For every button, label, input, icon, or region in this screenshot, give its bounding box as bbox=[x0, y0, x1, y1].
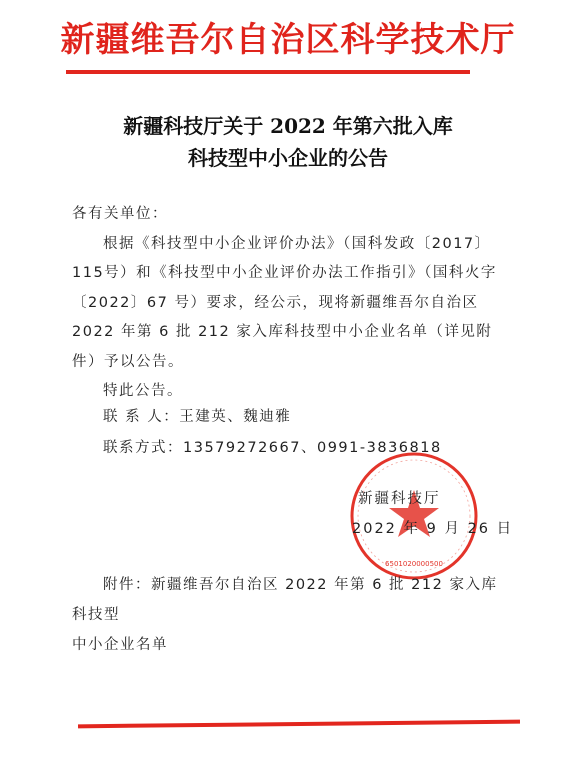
document-title: 新疆科技厅关于 2022 年第六批入库 科技型中小企业的公告 bbox=[0, 110, 576, 174]
attachment-line-2: 中小企业名单 bbox=[72, 630, 512, 660]
contact-person-value: 王建英、魏迪雅 bbox=[179, 409, 291, 425]
contact-phone-label: 联系方式： bbox=[103, 440, 183, 456]
contact-person-row: 联 系 人：王建英、魏迪雅 bbox=[103, 402, 442, 433]
salutation: 各有关单位： bbox=[72, 200, 502, 230]
svg-text:6501020000500: 6501020000500 bbox=[385, 560, 443, 568]
attachment-line-1: 附件：新疆维吾尔自治区 2022 年第 6 批 212 家入库科技型 bbox=[72, 570, 512, 630]
agency-masthead: 新疆维吾尔自治区科学技术厅 bbox=[0, 18, 576, 62]
title-line-2: 科技型中小企业的公告 bbox=[0, 142, 576, 174]
signing-organization: 新疆科技厅 bbox=[358, 487, 441, 508]
document-body: 各有关单位： 根据《科技型中小企业评价办法》（国科发政〔2017〕115号）和《… bbox=[72, 200, 502, 407]
contact-person-label: 联 系 人： bbox=[103, 409, 179, 425]
official-seal-icon: 6501020000500 bbox=[348, 450, 480, 582]
main-paragraph: 根据《科技型中小企业评价办法》（国科发政〔2017〕115号）和《科技型中小企业… bbox=[72, 230, 502, 378]
signing-date: 2022 年 9 月 26 日 bbox=[352, 517, 513, 538]
masthead-divider bbox=[66, 70, 470, 74]
title-line-1: 新疆科技厅关于 2022 年第六批入库 bbox=[0, 110, 576, 142]
footer-divider bbox=[78, 720, 520, 729]
attachment-note: 附件：新疆维吾尔自治区 2022 年第 6 批 212 家入库科技型 中小企业名… bbox=[72, 570, 512, 660]
